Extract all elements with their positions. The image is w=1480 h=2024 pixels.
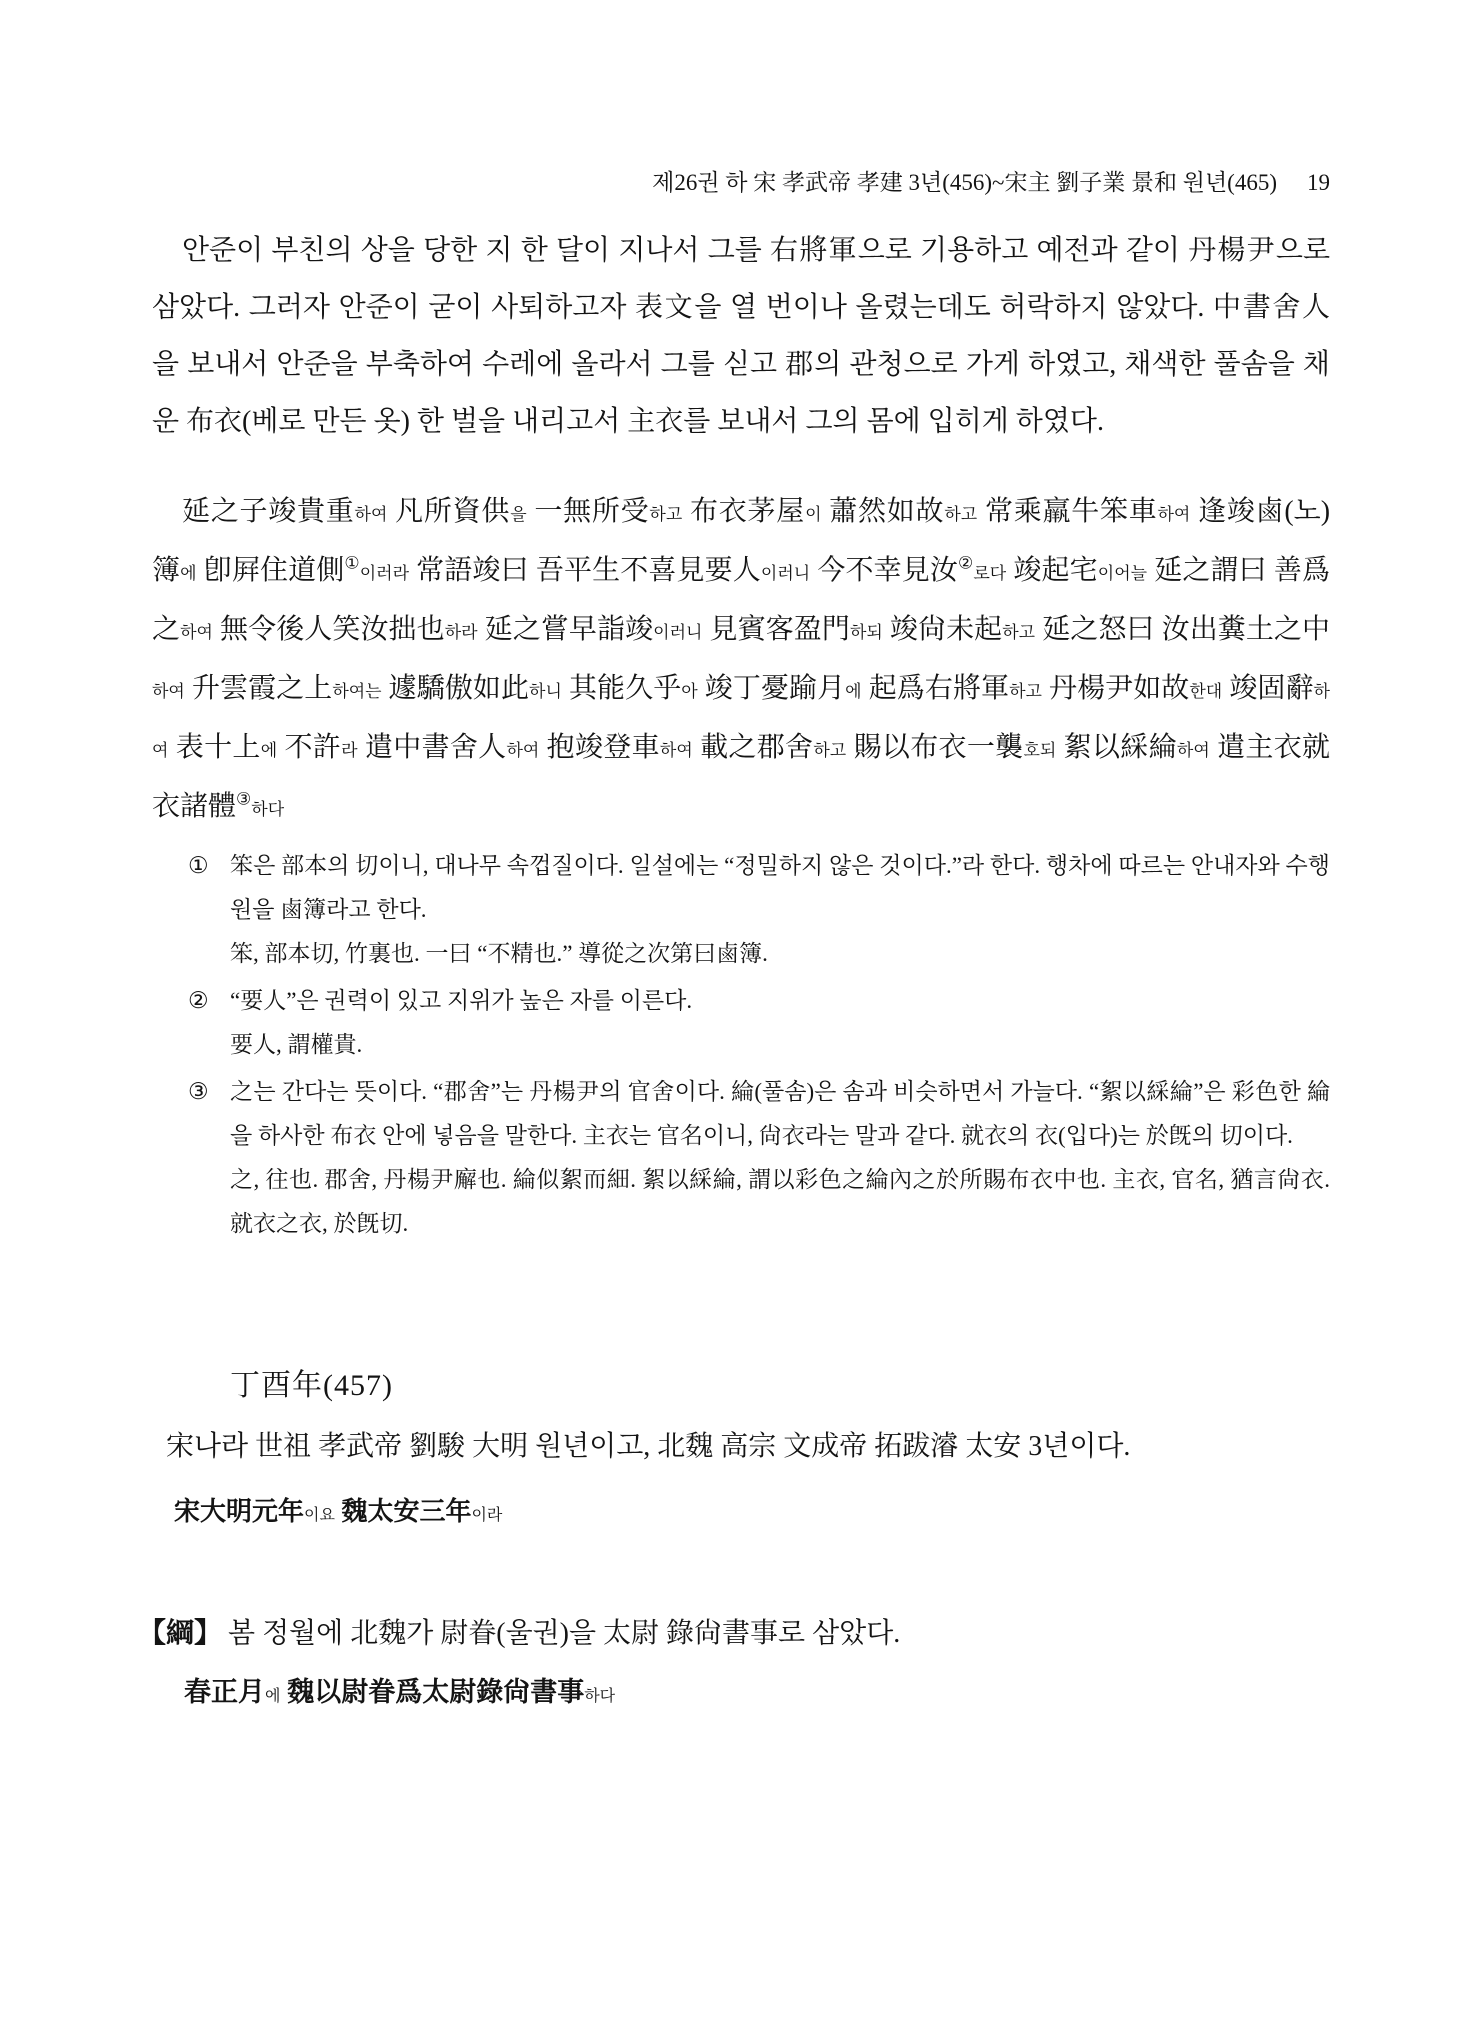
page-number: 19: [1307, 170, 1330, 195]
footnote-korean-text: 笨은 部本의 切이니, 대나무 속껍질이다. 일설에는 “정밀하지 않은 것이다…: [230, 844, 1330, 932]
footnote-reference: ③: [236, 790, 251, 809]
hyeonto-suffix: 이라: [471, 1507, 502, 1524]
classical-segment: 竣起宅이어늘: [1013, 555, 1147, 586]
hyeonto-suffix: 하여: [1177, 741, 1210, 760]
year-intro-classical: 宋大明元年이요 魏太安三年이라: [152, 1490, 1330, 1538]
hyeonto-suffix: 하다: [584, 1688, 615, 1705]
footnote-chinese-text: 之, 往也. 郡舍, 丹楊尹廨也. 綸似絮而細. 絮以綵綸, 謂以彩色之綸內之於…: [230, 1158, 1330, 1246]
gang-classical: 春正月에 魏以尉眷爲太尉錄尙書事하다: [152, 1670, 1330, 1719]
gang-text: 봄 정월에 北魏가 尉眷(울권)을 太尉 錄尙書事로 삼았다.: [228, 1618, 900, 1649]
classical-segment: 一無所受하고: [534, 496, 682, 527]
classical-segment: 抱竣登車하여: [547, 732, 693, 763]
hyeonto-suffix: 에: [265, 1688, 280, 1705]
hyeonto-suffix: 하고: [944, 505, 977, 524]
classical-segment: 卽屛住道側①이러라: [204, 555, 409, 586]
footnote-chinese-text: 要人, 謂權貴.: [230, 1023, 1330, 1067]
hyeonto-suffix: 이: [805, 505, 821, 524]
footnote-korean-text: “要人”은 권력이 있고 지위가 높은 자를 이른다.: [230, 979, 1330, 1023]
hyeonto-suffix: 하니: [529, 682, 562, 701]
classical-segment: 見賓客盈門하되: [710, 614, 883, 645]
year-intro-text: 宋나라 世祖 孝武帝 劉駿 大明 원년이고, 北魏 高宗 文成帝 拓跋濬 太安 …: [152, 1422, 1330, 1472]
hyeonto-suffix: 라: [341, 741, 357, 760]
hyeonto-suffix: 하여: [506, 741, 539, 760]
classical-segment: 其能久乎아: [569, 673, 698, 704]
hyeonto-suffix: 호되: [1023, 741, 1056, 760]
classical-segment: 凡所資供을: [395, 496, 526, 527]
footnote-body: 笨은 部本의 切이니, 대나무 속껍질이다. 일설에는 “정밀하지 않은 것이다…: [230, 844, 1330, 976]
footnote-list: ①笨은 部本의 切이니, 대나무 속껍질이다. 일설에는 “정밀하지 않은 것이…: [188, 844, 1330, 1246]
hyeonto-suffix: 이러니: [653, 623, 702, 642]
footnote: ①笨은 部本의 切이니, 대나무 속껍질이다. 일설에는 “정밀하지 않은 것이…: [188, 844, 1330, 976]
classical-segment: 延之嘗早詣竣이러니: [485, 614, 703, 645]
classical-segment: 竣尙未起하고: [890, 614, 1035, 645]
hyeonto-suffix: 하고: [649, 505, 682, 524]
hyeonto-suffix: 하여: [180, 623, 213, 642]
hyeonto-suffix: 아: [681, 682, 697, 701]
hyeonto-suffix: 하고: [1009, 682, 1042, 701]
gang-entry: 【綱】봄 정월에 北魏가 尉眷(울권)을 太尉 錄尙書事로 삼았다.: [138, 1608, 1330, 1660]
hyeonto-suffix: 에: [261, 741, 277, 760]
footnote-reference: ②: [958, 554, 973, 573]
hyeonto-suffix: 하고: [1002, 623, 1035, 642]
classical-segment: 絮以綵綸하여: [1064, 732, 1210, 763]
classical-segment: 遽驕傲如此하니: [389, 673, 562, 704]
classical-segment: 起爲右將軍하고: [869, 673, 1042, 704]
hyeonto-suffix: 하라: [445, 623, 478, 642]
translation-paragraph: 안준이 부친의 상을 당한 지 한 달이 지나서 그를 右將軍으로 기용하고 예…: [152, 222, 1330, 450]
classical-segment: 載之郡舍하고: [700, 732, 846, 763]
hyeonto-suffix: 하고: [813, 741, 846, 760]
hyeonto-suffix: 하다: [251, 800, 284, 819]
footnote-reference: ①: [344, 554, 359, 573]
hyeonto-suffix: 하여: [1157, 505, 1190, 524]
page-content: 제26권 하 宋 孝武帝 孝建 3년(456)~宋主 劉子業 景和 원년(465…: [0, 0, 1480, 1719]
classical-segment: 不許라: [284, 732, 357, 763]
hyeonto-suffix: 이러라: [360, 564, 409, 583]
footnote: ②“要人”은 권력이 있고 지위가 높은 자를 이른다.要人, 謂權貴.: [188, 979, 1330, 1067]
hyeonto-suffix: 하여는: [332, 682, 381, 701]
classical-segment: 今不幸見汝②로다: [817, 555, 1006, 586]
classical-segment: 賜以布衣一襲호되: [854, 732, 1057, 763]
classical-paragraph: 延之子竣貴重하여 凡所資供을 一無所受하고 布衣茅屋이 蕭然如故하고 常乘羸牛笨…: [152, 484, 1330, 838]
classical-segment: 宋大明元年이요: [174, 1497, 335, 1526]
running-head-title: 제26권 하 宋 孝武帝 孝建 3년(456)~宋主 劉子業 景和 원년(465…: [652, 170, 1277, 195]
hyeonto-suffix: 이어늘: [1098, 564, 1147, 583]
classical-segment: 布衣茅屋이: [690, 496, 821, 527]
year-heading: 丁酉年(457): [152, 1366, 1330, 1406]
classical-segment: 竣丁憂踰月에: [705, 673, 862, 704]
footnote-number: ③: [188, 1070, 230, 1246]
hyeonto-suffix: 에: [180, 564, 196, 583]
footnote: ③之는 간다는 뜻이다. “郡舍”는 丹楊尹의 官舍이다. 綸(풀솜)은 솜과 …: [188, 1070, 1330, 1246]
hyeonto-suffix: 이러니: [761, 564, 810, 583]
footnote-number: ①: [188, 844, 230, 976]
gang-marker: 【綱】: [138, 1618, 222, 1649]
footnote-korean-text: 之는 간다는 뜻이다. “郡舍”는 丹楊尹의 官舍이다. 綸(풀솜)은 솜과 비…: [230, 1070, 1330, 1158]
classical-segment: 春正月에: [184, 1677, 280, 1707]
hyeonto-suffix: 하여: [355, 505, 388, 524]
classical-segment: 丹楊尹如故한대: [1049, 673, 1222, 704]
book-page: 제26권 하 宋 孝武帝 孝建 3년(456)~宋主 劉子業 景和 원년(465…: [0, 0, 1480, 2024]
hyeonto-suffix: 하여: [152, 682, 185, 701]
classical-segment: 延之怒曰: [1042, 614, 1154, 645]
hyeonto-suffix: 한대: [1189, 682, 1222, 701]
hyeonto-suffix: 을: [510, 505, 526, 524]
footnote-chinese-text: 笨, 部本切, 竹裏也. 一曰 “不精也.” 導從之次第曰鹵簿.: [230, 932, 1330, 976]
footnote-body: “要人”은 권력이 있고 지위가 높은 자를 이른다.要人, 謂權貴.: [230, 979, 1330, 1067]
classical-segment: 魏太安三年이라: [341, 1497, 502, 1526]
classical-segment: 吾平生不喜見要人이러니: [536, 555, 810, 586]
hyeonto-suffix: 로다: [973, 564, 1006, 583]
classical-segment: 無令後人笑汝拙也하라: [220, 614, 478, 645]
classical-segment: 蕭然如故하고: [829, 496, 977, 527]
running-head: 제26권 하 宋 孝武帝 孝建 3년(456)~宋主 劉子業 景和 원년(465…: [152, 168, 1330, 198]
footnote-number: ②: [188, 979, 230, 1067]
classical-segment: 延之子竣貴重하여: [182, 496, 387, 527]
footnote-body: 之는 간다는 뜻이다. “郡舍”는 丹楊尹의 官舍이다. 綸(풀솜)은 솜과 비…: [230, 1070, 1330, 1246]
hyeonto-suffix: 에: [845, 682, 861, 701]
hyeonto-suffix: 이요: [304, 1507, 335, 1524]
hyeonto-suffix: 하여: [660, 741, 693, 760]
classical-segment: 表十上에: [176, 732, 277, 763]
classical-segment: 常語竣曰: [416, 555, 529, 586]
classical-segment: 升雲霞之上하여는: [192, 673, 382, 704]
classical-segment: 延之謂曰: [1154, 555, 1267, 586]
classical-segment: 魏以尉眷爲太尉錄尙書事하다: [287, 1677, 615, 1707]
classical-segment: 常乘羸牛笨車하여: [985, 496, 1190, 527]
classical-segment: 遣中書舍人하여: [365, 732, 539, 763]
hyeonto-suffix: 하되: [850, 623, 883, 642]
